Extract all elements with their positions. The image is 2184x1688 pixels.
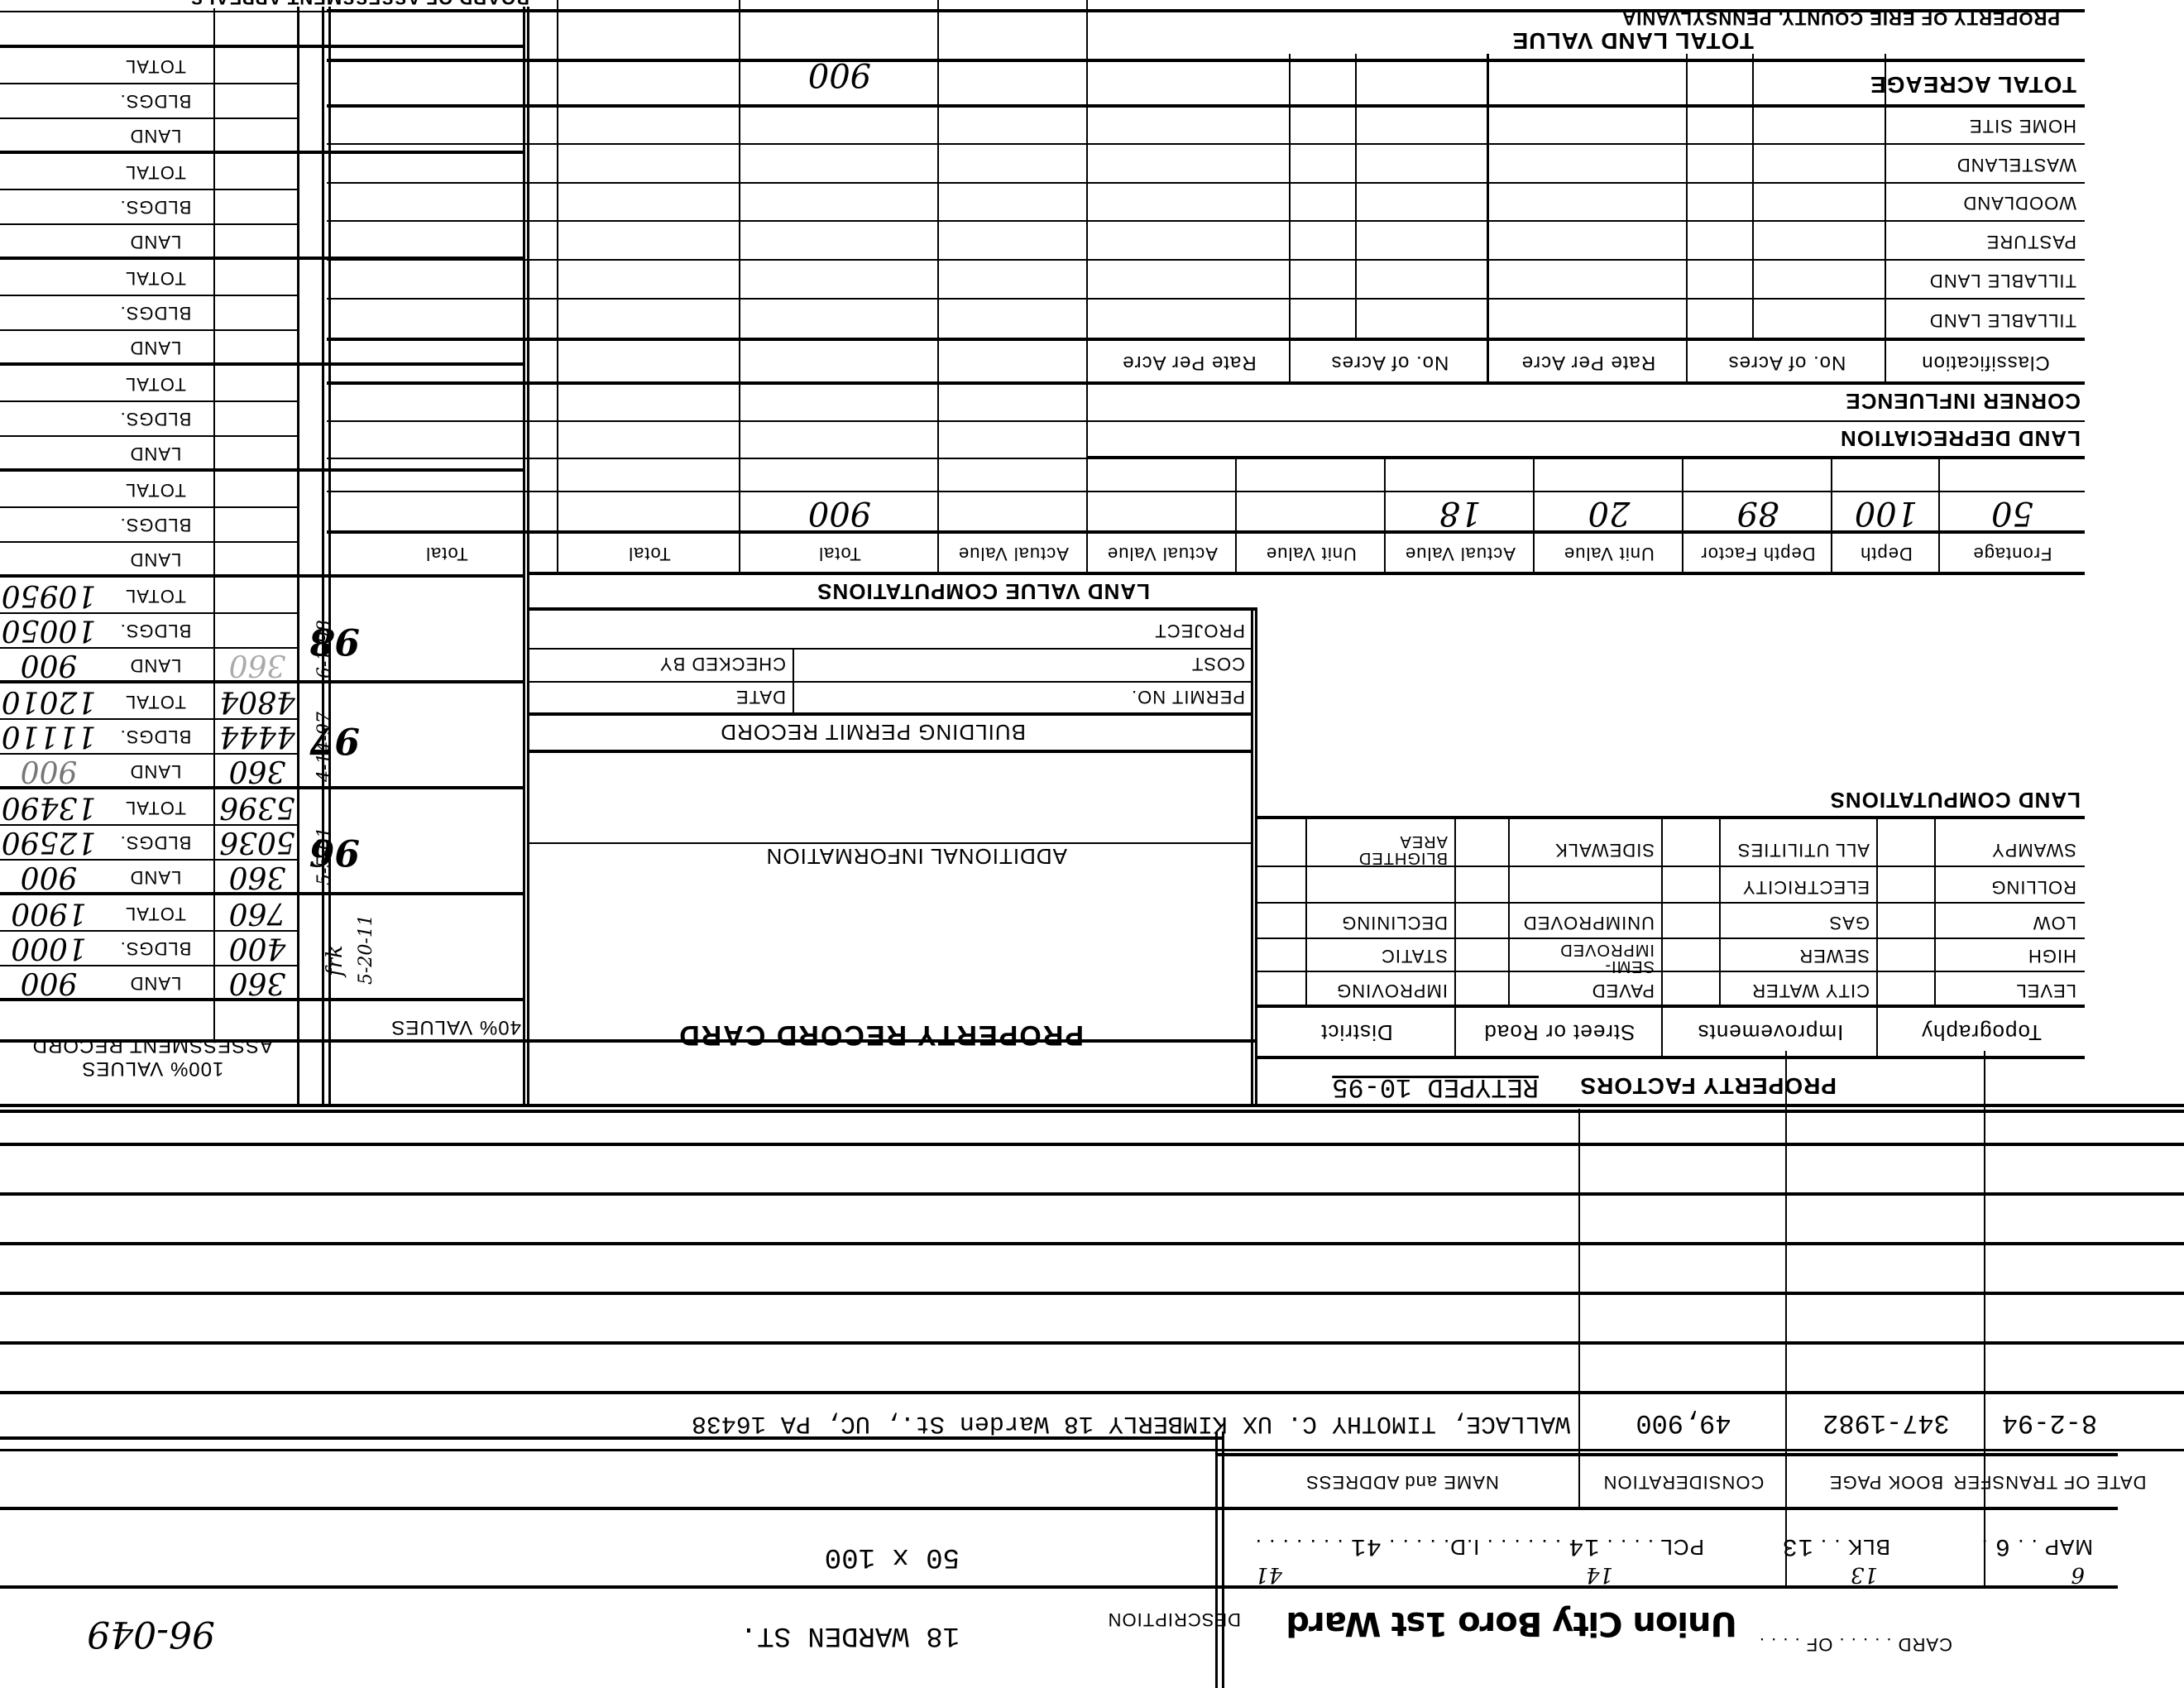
land-100: 900	[0, 649, 98, 682]
row-label-bldgs: BLDGS.	[98, 402, 213, 435]
factor-rolling[interactable]: ROLLING	[1990, 876, 2076, 898]
row-label-bldgs: BLDGS.	[98, 84, 213, 117]
actual-value: 18	[1386, 492, 1535, 534]
assessment-initials: frk	[323, 945, 347, 976]
factor-gas[interactable]: GAS	[1829, 912, 1870, 933]
unit-value-header-2: Unit Value	[1237, 535, 1386, 573]
retyped-note: RETYPED 10-95	[1332, 1072, 1539, 1102]
permit-date-label: DATE	[735, 686, 786, 707]
file-number: 96-049	[87, 1613, 215, 1655]
row-label-bldgs: BLDGS.	[98, 296, 213, 329]
factor-low[interactable]: LOW	[2033, 912, 2076, 933]
row-label-land: LAND	[98, 543, 213, 576]
assessment-note: 4-14-97	[314, 712, 335, 782]
name-address-header: NAME and ADDRESS	[1224, 1456, 1580, 1508]
row-label-bldgs: BLDGS.	[98, 720, 213, 753]
bldgs-100: 1000	[0, 932, 98, 965]
row-label-bldgs: BLDGS.	[98, 826, 213, 859]
total-100: 1900	[0, 897, 98, 930]
blk-hand: 13	[1851, 1562, 1878, 1587]
row-label-land: LAND	[98, 966, 213, 1000]
acres-header-2: No. of Acres	[1291, 343, 1489, 382]
total-acreage-label: TOTAL ACREAGE	[1870, 71, 2076, 98]
property-factors-title: PROPERTY FACTORS	[1579, 1072, 1837, 1099]
acreage-row-wasteland: WASTELAND	[1956, 154, 2076, 175]
building-permit-title: BUILDING PERMIT RECORD	[720, 719, 1026, 745]
factor-paved[interactable]: PAVED	[1592, 980, 1655, 1001]
factor-swampy[interactable]: SWAMPY	[1991, 839, 2076, 861]
row-label-land: LAND	[98, 331, 213, 364]
map-hand: 6	[2071, 1562, 2085, 1587]
acreage-row-tillable-1: TILLABLE LAND	[1929, 309, 2076, 331]
land-40: 360	[215, 649, 299, 682]
description-label: DESCRIPTION	[1108, 1609, 1241, 1630]
factor-static[interactable]: STATIC	[1381, 945, 1448, 966]
actual-value-header-3: Actual Value	[939, 535, 1088, 573]
total-header-1: Total	[740, 535, 939, 573]
book-page-header: BOOK PAGE	[1787, 1456, 1985, 1508]
factor-unimproved[interactable]: UNIMPROVED	[1523, 912, 1655, 933]
classification-header: Classification	[1886, 343, 2085, 382]
factor-city-water[interactable]: CITY WATER	[1751, 980, 1870, 1001]
transfer-date-header: DATE OF TRANSFER	[1985, 1456, 2114, 1508]
total-40: 4804	[215, 685, 299, 718]
row-label-total: TOTAL	[98, 685, 213, 718]
transfer-date: 8-2-94	[1985, 1398, 2114, 1448]
total-40: 5396	[215, 791, 299, 824]
project-label: PROJECT	[1154, 620, 1245, 641]
topography-header: Topography	[1878, 1009, 2085, 1057]
factor-high[interactable]: HIGH	[2028, 945, 2076, 966]
district-header: District	[1257, 1009, 1456, 1057]
depth-factor-value: 89	[1683, 492, 1832, 534]
bldgs-100: 11110	[0, 720, 98, 753]
row-label-total: TOTAL	[98, 473, 213, 506]
book-page: 347-1982	[1787, 1398, 1985, 1448]
permit-no-label: PERMIT NO.	[1131, 686, 1245, 707]
bldgs-100: 10050	[0, 614, 98, 647]
row-label-land: LAND	[98, 225, 213, 258]
row-label-total: TOTAL	[98, 579, 213, 612]
acres-header-1: No. of Acres	[1688, 343, 1886, 382]
property-record-card: CARD . . . . . OF . . . . Union City Bor…	[0, 0, 2184, 1688]
bldgs-40	[215, 614, 299, 647]
row-label-bldgs: BLDGS.	[98, 190, 213, 223]
row-label-total: TOTAL	[98, 367, 213, 400]
board-of-assessment-appeals: BOARD OF ASSESSMENT APPEALS	[190, 0, 529, 8]
id-hand: 41	[1255, 1562, 1282, 1587]
total-header-2: Total	[558, 535, 740, 573]
total-100: 10950	[0, 579, 98, 612]
factor-electricity[interactable]: ELECTRICITY	[1742, 876, 1870, 898]
street-address: 18 WARDEN ST.	[740, 1619, 960, 1651]
actual-value-header-2: Actual Value	[1088, 535, 1237, 573]
row-label-bldgs: BLDGS.	[98, 508, 213, 541]
assessment-note: 5-5-01	[314, 827, 335, 885]
rate-header-2: Rate Per Acre	[1088, 343, 1291, 382]
street-road-header: Street or Road	[1456, 1009, 1663, 1057]
pcl-hand: 14	[1586, 1562, 1613, 1587]
factor-semi-improved[interactable]: SEMI-IMPROVED	[1539, 942, 1655, 975]
assessment-note: 5-20-11	[356, 914, 376, 985]
land-total-value: 900	[740, 492, 939, 534]
values-40-header: 40% VALUES	[390, 1015, 521, 1038]
unit-value-header-1: Unit Value	[1535, 535, 1683, 573]
row-label-total: TOTAL	[98, 897, 213, 930]
depth-header: Depth	[1832, 535, 1940, 573]
land-40: 360	[215, 966, 299, 1000]
land-40: 360	[215, 755, 299, 788]
row-label-land: LAND	[98, 861, 213, 894]
improvements-header: Improvements	[1663, 1009, 1878, 1057]
row-label-total: TOTAL	[98, 261, 213, 295]
total-header-3: Total	[335, 535, 558, 573]
land-value-computations-title: LAND VALUE COMPUTATIONS	[817, 578, 1150, 604]
erie-county-label: PROPERTY OF ERIE COUNTY, PENNSYLVANIA	[1621, 7, 2060, 29]
land-depreciation-label: LAND DEPRECIATION	[1840, 425, 2081, 451]
factor-sewer[interactable]: SEWER	[1798, 945, 1870, 966]
land-100: 900	[0, 861, 98, 894]
total-40: 760	[215, 897, 299, 930]
factor-all-utilities[interactable]: ALL UTILITIES	[1737, 839, 1870, 861]
row-label-land: LAND	[98, 755, 213, 788]
row-label-land: LAND	[98, 119, 213, 152]
bldgs-100: 12590	[0, 826, 98, 859]
factor-declining[interactable]: DECLINING	[1341, 912, 1448, 933]
factor-blighted-area[interactable]: BLIGHTED AREA	[1332, 833, 1448, 866]
consideration: 49,900	[1580, 1398, 1787, 1448]
total-40	[215, 579, 299, 612]
land-100: 900	[0, 755, 98, 788]
row-label-land: LAND	[98, 437, 213, 470]
record-card-title: PROPERTY RECORD CARD	[678, 1019, 1084, 1051]
row-label-total: TOTAL	[98, 791, 213, 824]
bldgs-40: 4444	[215, 720, 299, 753]
pcl-field: PCL . . . . 14 . . . . . . I.D. . . . . …	[1255, 1532, 1704, 1560]
bldgs-40: 5036	[215, 826, 299, 859]
total-land-value-label: TOTAL LAND VALUE	[1512, 27, 1754, 54]
total-land-value: 900	[740, 54, 939, 95]
blk-field: BLK . . 13	[1782, 1532, 1890, 1560]
acreage-row-pasture: PASTURE	[1986, 231, 2076, 252]
map-field: MAP . . 6 .	[1981, 1532, 2093, 1560]
row-label-land: LAND	[98, 649, 213, 682]
depth-value: 100	[1832, 492, 1940, 534]
consideration-header: CONSIDERATION	[1580, 1456, 1787, 1508]
row-label-bldgs: BLDGS.	[98, 932, 213, 965]
frontage-header: Frontage	[1940, 535, 2085, 573]
card-label: CARD . . . . . OF . . . .	[1759, 1633, 1952, 1655]
corner-influence-label: CORNER INFLUENCE	[1845, 388, 2081, 414]
land-40: 360	[215, 861, 299, 894]
land-computations-title: LAND COMPUTATIONS	[1830, 787, 2081, 813]
factor-improving[interactable]: IMPROVING	[1336, 980, 1448, 1001]
assessment-note: 6-1-98	[314, 620, 335, 679]
ward-name: Union City Boro 1st Ward	[1286, 1604, 1737, 1642]
bldgs-40: 400	[215, 932, 299, 965]
acreage-row-woodland: WOODLAND	[1962, 192, 2076, 213]
factor-sidewalk[interactable]: SIDEWALK	[1554, 839, 1655, 861]
cost-label: COST	[1191, 653, 1245, 674]
owner-name-address: WALLACE, TIMOTHY C. UX KIMBERLY 18 Warde…	[256, 1398, 1580, 1448]
acreage-row-tillable-2: TILLABLE LAND	[1929, 270, 2076, 291]
total-100: 13490	[0, 791, 98, 824]
frontage-value: 50	[1940, 492, 2085, 534]
row-label-total: TOTAL	[98, 156, 213, 189]
acreage-row-home-site: HOME SITE	[1969, 115, 2076, 137]
additional-info-title: ADDITIONAL INFORMATION	[766, 843, 1067, 869]
total-100: 12010	[0, 685, 98, 718]
row-label-bldgs: BLDGS.	[98, 614, 213, 647]
actual-value-header-1: Actual Value	[1386, 535, 1535, 573]
lot-dimensions: 50 x 100	[825, 1541, 960, 1572]
land-100: 900	[0, 966, 98, 1000]
factor-level[interactable]: LEVEL	[2016, 980, 2077, 1001]
row-label-total: TOTAL	[98, 50, 213, 83]
depth-factor-header: Depth Factor	[1683, 535, 1832, 573]
checked-by-label: CHECKED BY	[659, 653, 786, 674]
unit-value: 20	[1535, 492, 1683, 534]
rate-header-1: Rate Per Acre	[1489, 343, 1688, 382]
